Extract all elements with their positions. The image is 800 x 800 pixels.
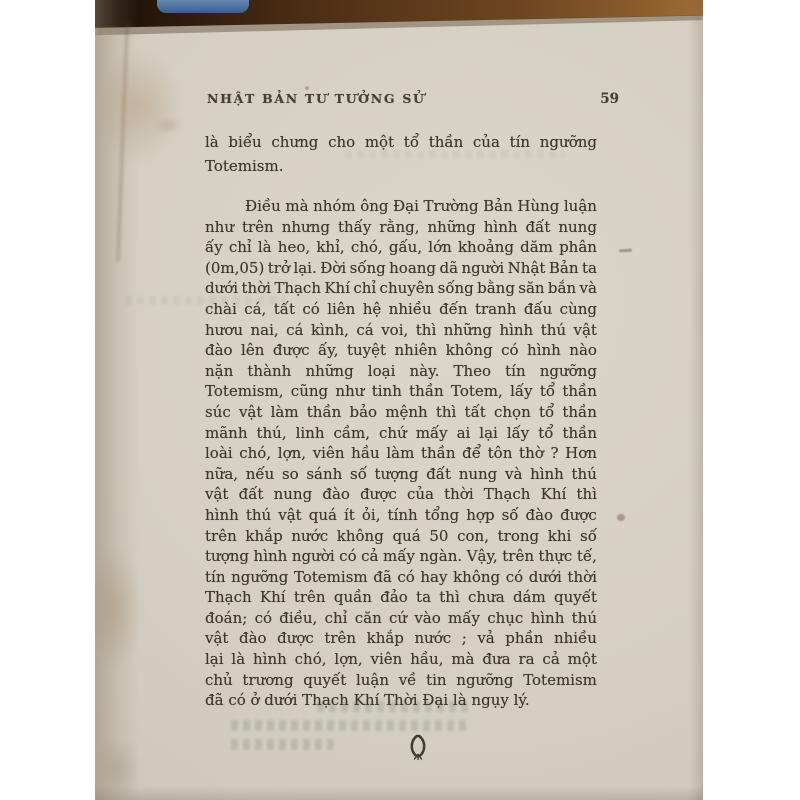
text-line: tượnghìnhngườicócảmấyngàn.Vậy,trênthựctế… bbox=[205, 546, 597, 567]
text-line: dướithờiThạchKhíchỉchuyênsốngbằngsănbắnv… bbox=[205, 278, 597, 299]
text-line: làbiểuchưngchomộttổthầncủatínngưỡng bbox=[205, 130, 597, 154]
text-line: nhưtrênnhưngthấyrằng,nhữnghìnhđấtnung bbox=[205, 217, 597, 238]
text-line: nặnthànhnhữngloạinày.Theotínngưỡng bbox=[205, 361, 597, 382]
text-line: lạilàhìnhchó,lợn,viênhầu,màđưaracảmột bbox=[205, 649, 597, 670]
text-line: Totemism,cũngnhưtinhthầnTotem,lấytổthần bbox=[205, 381, 597, 402]
text-line: Totemism. bbox=[205, 154, 597, 178]
text-line: đoán;cóđiều,chỉcăncứvàomấychụchìnhthú bbox=[205, 608, 597, 629]
text-line: đã có ở dưới Thạch Khí Thời Đại là ngụy … bbox=[205, 690, 597, 711]
show-through-text bbox=[231, 720, 471, 731]
show-through-text bbox=[231, 739, 335, 750]
page-header: NHẬT BẢN TƯ TƯỞNG SỬ 59 bbox=[207, 91, 619, 107]
text-line: hìnhthúvậtquáítỏi,tínhtổnghợpsốđàođược bbox=[205, 505, 597, 526]
page-bottom-shade bbox=[95, 786, 703, 800]
text-line: loàichó,lợn,viênhầulàmthầnđểtônthờ?Hơn bbox=[205, 443, 597, 464]
laurel-wreath-ornament-icon bbox=[407, 733, 429, 761]
page-number: 59 bbox=[600, 91, 619, 107]
text-line: mãnhthú,linhcầm,chứmấyailạilấytổthần bbox=[205, 423, 597, 444]
page-right-shade bbox=[689, 0, 703, 800]
text-line: ThạchKhítrênquầnđảotathìchưadámquyết bbox=[205, 587, 597, 608]
text-line: (0m,05)trởlại.ĐờisốnghoangdãngườiNhậtBản… bbox=[205, 258, 597, 279]
text-line: tínngưỡngTotemismđãcóhaykhôngcódướithời bbox=[205, 567, 597, 588]
paper-stain bbox=[97, 48, 181, 164]
text-line: hươunai,cákình,cávoi,thìnhữnghìnhthúvật bbox=[205, 320, 597, 341]
foxing-spot bbox=[305, 86, 309, 90]
text-line: vậtđấtnungđàođượccủathờiThạchKhíthì bbox=[205, 484, 597, 505]
paragraph: làbiểuchưngchomộttổthầncủatínngưỡngTotem… bbox=[205, 130, 597, 178]
foxing-mark bbox=[619, 249, 632, 253]
text-line: súcvậtlàmthầnbảomệnhthìtấtchọntổthần bbox=[205, 402, 597, 423]
photo-canvas: NHẬT BẢN TƯ TƯỞNG SỬ 59 làbiểuchưngchomộ… bbox=[0, 0, 800, 800]
blue-object-on-table bbox=[157, 0, 249, 13]
text-line: chàicá,tấtcóliênhệnhiềuđếntranhđấucùng bbox=[205, 299, 597, 320]
paper-stain bbox=[153, 116, 183, 134]
text-line: nữa,nếusosánhsốtượngđấtnungvàhìnhthú bbox=[205, 464, 597, 485]
text-line: đàolênđượcấy,tuyệtnhiênkhôngcóhìnhnào bbox=[205, 340, 597, 361]
foxing-spot bbox=[617, 514, 625, 521]
text-line: chủtrươngquyếtluậnvềtinngưỡngTotemism bbox=[205, 670, 597, 691]
paragraph: ĐiềumànhómôngĐạiTrườngBảnHùngluậnnhưtrên… bbox=[205, 196, 597, 711]
running-title: NHẬT BẢN TƯ TƯỞNG SỬ bbox=[207, 91, 426, 106]
text-line: ĐiềumànhómôngĐạiTrườngBảnHùngluận bbox=[205, 196, 597, 217]
text-line: ấychỉlàheo,khỉ,chó,gấu,lớnkhoảngdămphân bbox=[205, 237, 597, 258]
book-page-photo: NHẬT BẢN TƯ TƯỞNG SỬ 59 làbiểuchưngchomộ… bbox=[95, 0, 703, 800]
text-line: trênkhắpnướckhôngquá50con,trongkhisố bbox=[205, 526, 597, 547]
text-line: vậtđàođượctrênkhắpnước;vảphầnnhiều bbox=[205, 628, 597, 649]
